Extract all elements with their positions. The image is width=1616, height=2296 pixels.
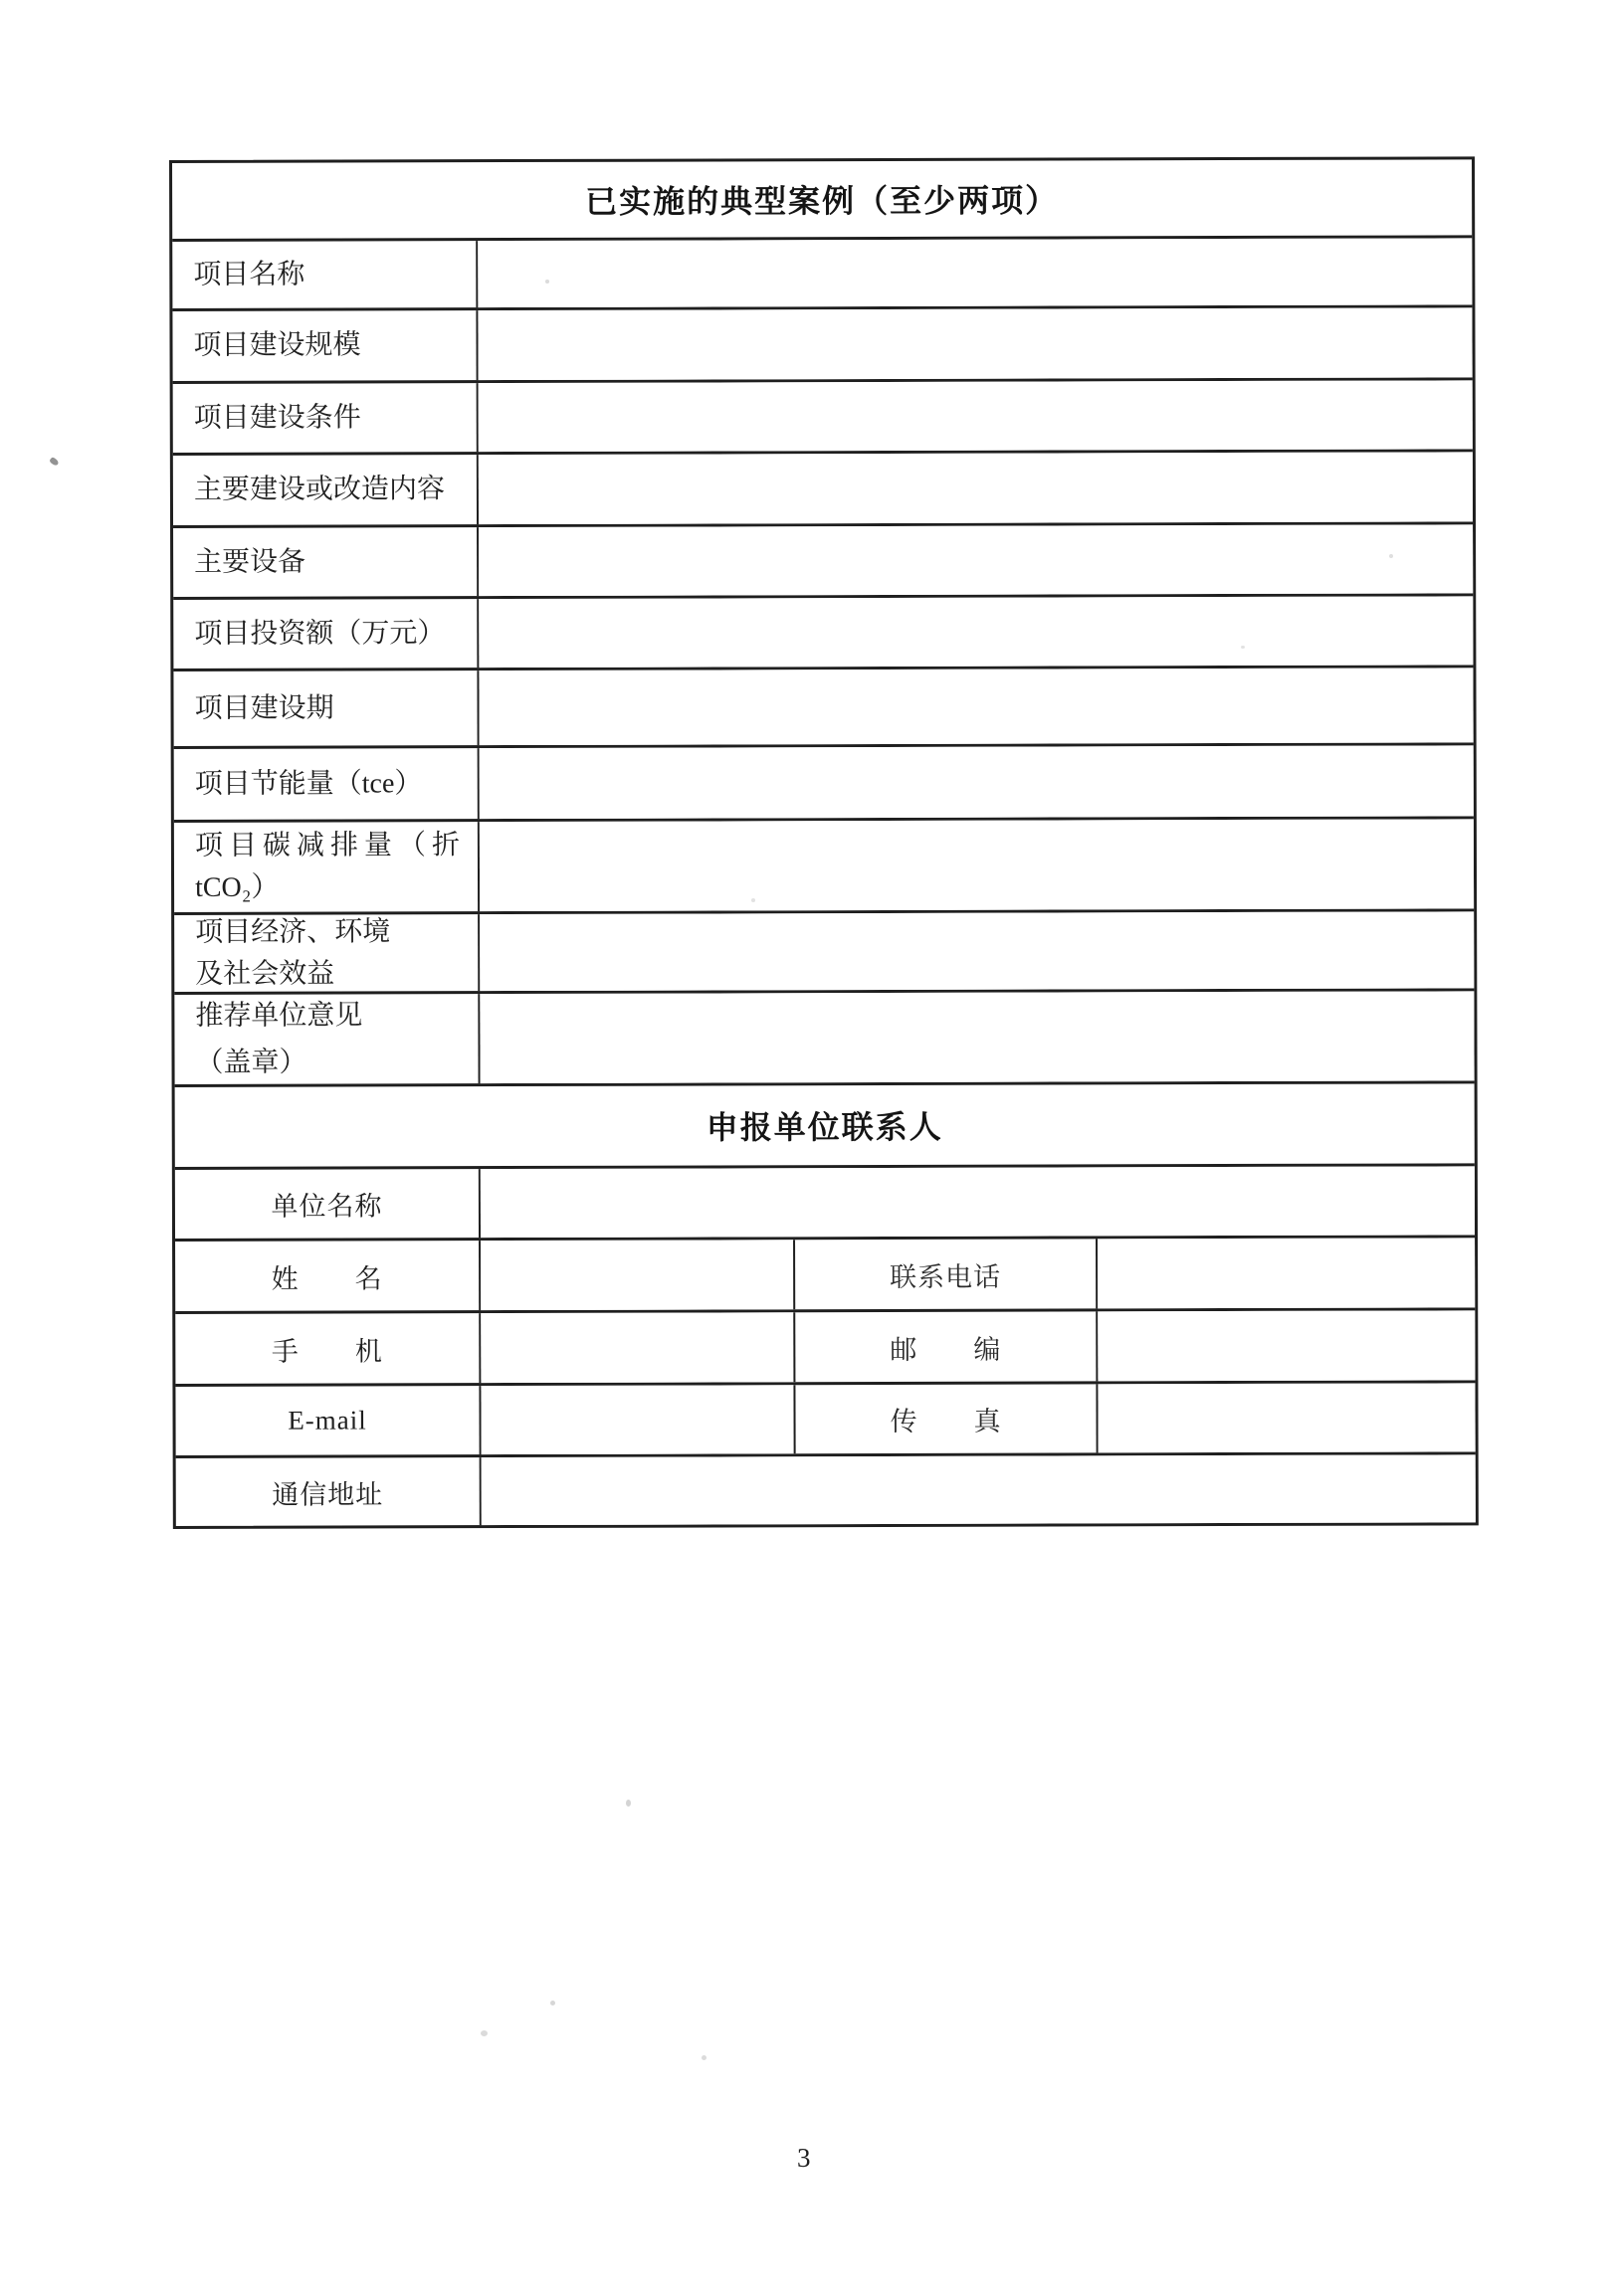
empty-value-cell	[480, 911, 1474, 991]
table-row-name-phone: 姓 名 联系电话	[175, 1238, 1475, 1314]
table-row-mobile-postcode: 手 机 邮 编	[175, 1310, 1475, 1387]
row-label-secondary: 邮 编	[795, 1311, 1098, 1382]
table-row-recommendation-opinion: 推荐单位意见 （盖章）	[174, 991, 1474, 1087]
scan-artifact	[1389, 554, 1393, 558]
empty-value-cell	[480, 819, 1474, 911]
scanned-form-page: 已实施的典型案例（至少两项） 项目名称 项目建设规模 项目建设条件 主要建设或改…	[0, 0, 1616, 2296]
row-label: E-mail	[175, 1386, 481, 1455]
table-row-main-equipment: 主要设备	[173, 524, 1473, 600]
case-table-title: 已实施的典型案例（至少两项）	[172, 159, 1472, 239]
scan-artifact	[751, 898, 755, 902]
contact-section-title: 申报单位联系人	[175, 1083, 1475, 1167]
case-table-title-row: 已实施的典型案例（至少两项）	[172, 159, 1472, 242]
table-row-main-content: 主要建设或改造内容	[173, 452, 1473, 528]
table-row-project-name: 项目名称	[172, 238, 1472, 311]
empty-value-cell	[481, 1385, 795, 1454]
scan-artifact	[1241, 646, 1245, 649]
table-row-construction-period: 项目建设期	[173, 668, 1473, 749]
empty-value-cell	[479, 668, 1473, 745]
row-label: 项目建设期	[173, 670, 479, 746]
row-label: 主要建设或改造内容	[173, 455, 479, 525]
scan-artifact	[626, 1800, 631, 1807]
empty-value-cell	[481, 1312, 795, 1383]
empty-value-cell	[479, 524, 1473, 596]
scan-artifact	[49, 457, 60, 467]
row-label: 项目建设规模	[172, 310, 478, 381]
application-form-table: 已实施的典型案例（至少两项） 项目名称 项目建设规模 项目建设条件 主要建设或改…	[169, 156, 1479, 1529]
empty-value-cell	[480, 745, 1474, 819]
empty-value-cell	[482, 1454, 1476, 1525]
empty-value-cell	[1098, 1383, 1475, 1452]
row-label: 项目名称	[172, 241, 478, 308]
table-row-benefits: 项目经济、环境 及社会效益	[174, 911, 1474, 995]
empty-value-cell	[479, 452, 1473, 524]
row-label: 主要设备	[173, 527, 479, 597]
table-row-investment: 项目投资额（万元）	[173, 596, 1473, 671]
scan-artifact	[481, 2030, 488, 2036]
row-label: 项目建设条件	[173, 383, 479, 453]
empty-value-cell	[478, 238, 1472, 307]
table-row-construction-conditions: 项目建设条件	[173, 380, 1473, 456]
empty-value-cell	[481, 1240, 795, 1310]
empty-value-cell	[479, 596, 1473, 668]
empty-value-cell	[478, 307, 1472, 380]
table-row-carbon-reduction: 项目碳减排量（折 tCO₂）	[174, 819, 1474, 915]
empty-value-cell	[480, 991, 1474, 1083]
empty-value-cell	[479, 380, 1473, 452]
table-row-unit-name: 单位名称	[175, 1166, 1475, 1242]
table-row-mailing-address: 通信地址	[176, 1454, 1476, 1526]
table-row-construction-scale: 项目建设规模	[172, 307, 1472, 384]
row-label: 手 机	[175, 1313, 481, 1384]
row-label-secondary: 传 真	[795, 1384, 1098, 1453]
table-row-email-fax: E-mail 传 真	[175, 1383, 1475, 1458]
row-label: 项目经济、环境 及社会效益	[174, 914, 480, 992]
row-label: 单位名称	[175, 1169, 481, 1239]
page-number: 3	[797, 2143, 811, 2174]
row-label: 项目投资额（万元）	[173, 599, 479, 669]
row-label: 推荐单位意见 （盖章）	[174, 994, 480, 1084]
empty-value-cell	[1098, 1238, 1475, 1308]
empty-value-cell	[1098, 1310, 1475, 1381]
scan-artifact	[702, 2055, 707, 2060]
scan-artifact	[550, 2001, 555, 2006]
contact-section-header-row: 申报单位联系人	[175, 1083, 1475, 1170]
scan-artifact	[545, 280, 549, 284]
row-label: 项目节能量（tce）	[174, 748, 480, 820]
empty-value-cell	[481, 1166, 1475, 1238]
row-label: 通信地址	[176, 1457, 482, 1526]
row-label-secondary: 联系电话	[795, 1239, 1098, 1309]
row-label: 姓 名	[175, 1241, 481, 1311]
row-label: 项目碳减排量（折 tCO₂）	[174, 822, 480, 912]
table-row-energy-savings: 项目节能量（tce）	[174, 745, 1474, 823]
